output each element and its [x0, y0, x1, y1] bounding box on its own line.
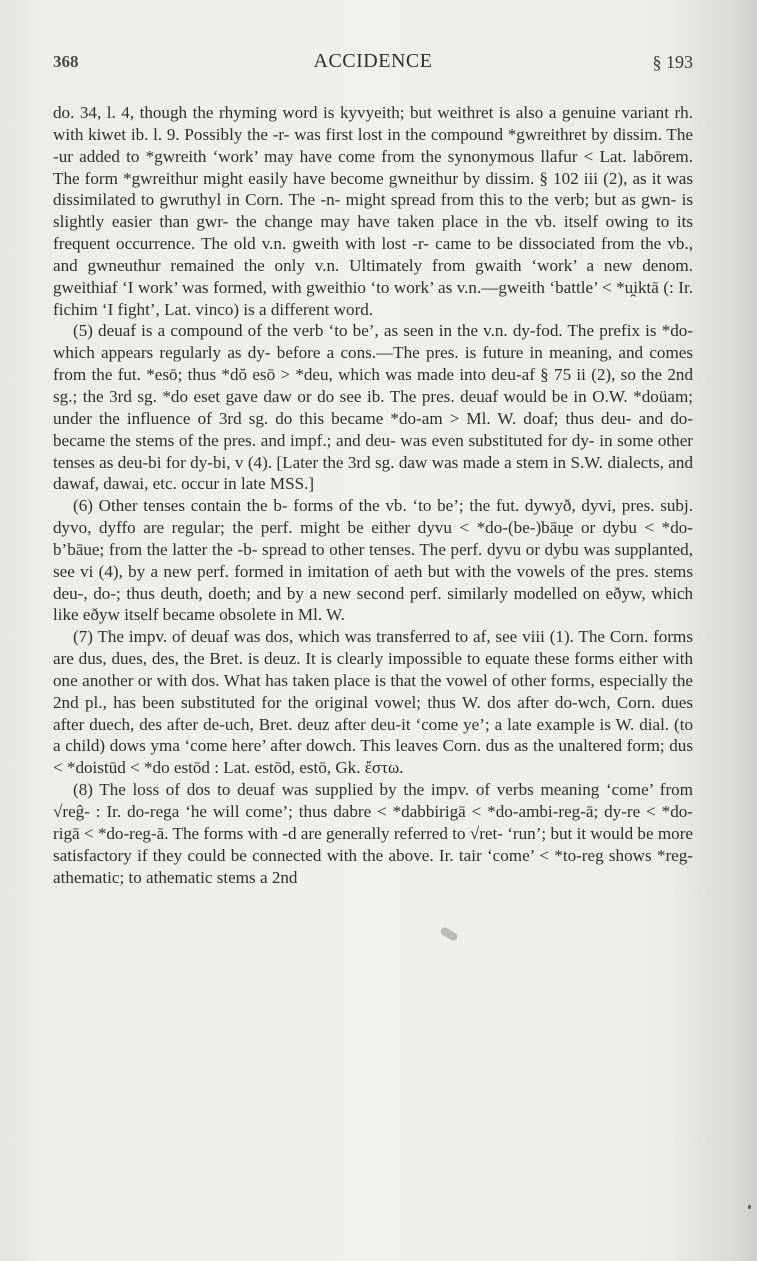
paragraph-7: (7) The impv. of deuaf was dos, which wa… [53, 626, 693, 779]
body-text: do. 34, l. 4, though the rhyming word is… [53, 102, 693, 888]
book-page: 368 ACCIDENCE § 193 do. 34, l. 4, though… [53, 48, 693, 888]
paragraph-8: (8) The loss of dos to deuaf was supplie… [53, 779, 693, 888]
section-title: ACCIDENCE [53, 50, 693, 73]
ink-smudge [439, 926, 459, 942]
paragraph-6: (6) Other tenses contain the b- forms of… [53, 495, 693, 626]
paper-speck [748, 1205, 751, 1209]
paragraph-5: (5) deuaf is a compound of the verb ‘to … [53, 320, 693, 495]
paragraph-continuation: do. 34, l. 4, though the rhyming word is… [53, 102, 693, 320]
running-head: 368 ACCIDENCE § 193 [53, 48, 693, 78]
section-reference: § 193 [653, 52, 694, 73]
